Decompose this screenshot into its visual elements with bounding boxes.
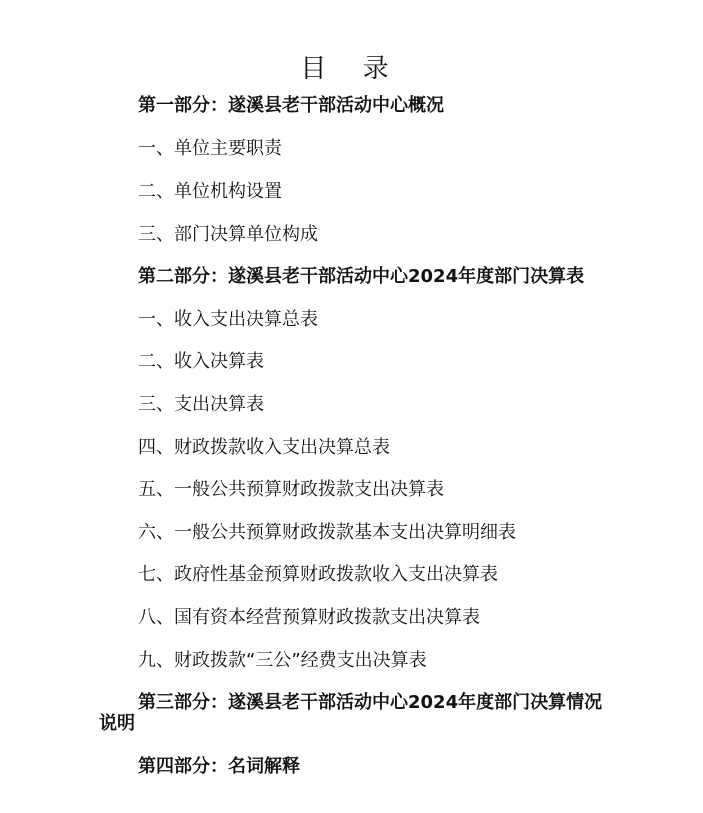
page-title: 目 录 [0,52,703,86]
toc-item-2-1: 一、收入支出决算总表 [138,308,318,332]
toc-part-2: 第二部分：遂溪县老干部活动中心2024年度部门决算表 [138,265,584,289]
toc-part-3: 第三部分：遂溪县老干部活动中心2024年度部门决算情况说明 [99,692,609,734]
toc-item-2-6: 六、一般公共预算财政拨款基本支出决算明细表 [138,521,516,545]
toc-part-4: 第四部分：名词解释 [138,755,300,779]
toc-item-2-7: 七、政府性基金预算财政拨款收入支出决算表 [138,563,498,587]
toc-item-2-8: 八、国有资本经营预算财政拨款支出决算表 [138,606,480,630]
toc-item-2-2: 二、收入决算表 [138,350,264,374]
toc-item-2-9: 九、财政拨款“三公”经费支出决算表 [138,649,427,673]
toc-item-1-3: 三、部门决算单位构成 [138,223,318,247]
toc-item-2-3: 三、支出决算表 [138,393,264,417]
toc-item-1-2: 二、单位机构设置 [138,180,282,204]
toc-item-1-1: 一、单位主要职责 [138,137,282,161]
toc-part-1: 第一部分：遂溪县老干部活动中心概况 [138,94,444,118]
toc-item-2-5: 五、一般公共预算财政拨款支出决算表 [138,478,444,502]
toc-item-2-4: 四、财政拨款收入支出决算总表 [138,436,390,460]
